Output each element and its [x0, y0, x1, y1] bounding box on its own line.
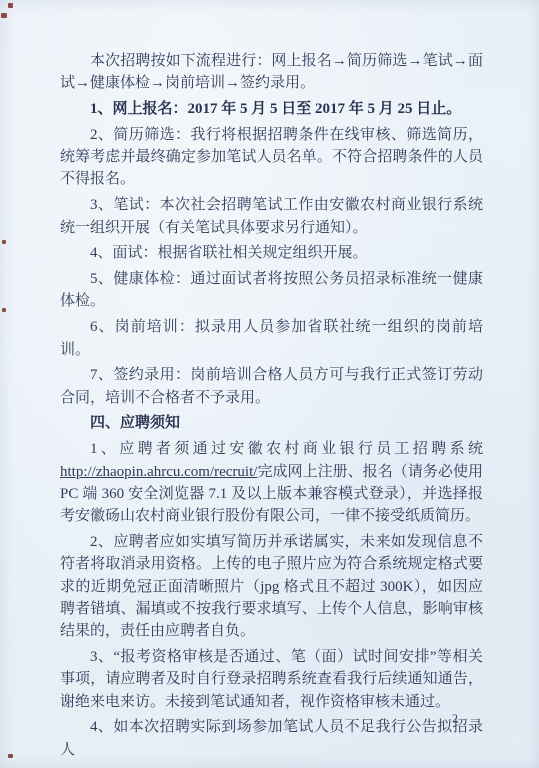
- para-pre-job-training: 6、岗前培训：拟录用人员参加省联社统一组织的岗前培训。: [60, 316, 483, 361]
- para-note-insufficient-candidates: 4、如本次招聘实际到场参加笔试人员不足我行公告拟招录人: [60, 716, 483, 761]
- para-health-check: 5、健康体检：通过面试者将按照公务员招录标准统一健康体检。: [60, 268, 483, 313]
- red-scan-mark-left-middle-1: [2, 240, 6, 244]
- para-online-registration-dates: 1、网上报名：2017 年 5 月 5 日至 2017 年 5 月 25 日止。: [60, 98, 483, 120]
- para-process-flow: 本次招聘按如下流程进行：网上报名→简历筛选→笔试→面试→健康体检→岗前培训→签约…: [60, 50, 483, 95]
- red-scan-mark-top-left-1: [8, 3, 13, 8]
- heading-application-notes: 四、应聘须知: [60, 412, 483, 434]
- page-number: 2: [452, 711, 458, 725]
- para-note-qualification-review: 3、“报考资格审核是否通过、笔（面）试时间安排”等相关事项，请应聘者及时自行登录…: [60, 646, 483, 713]
- document-page: 本次招聘按如下流程进行：网上报名→简历筛选→笔试→面试→健康体检→岗前培训→签约…: [0, 0, 539, 768]
- para-note-resume-truthfulness: 2、应聘者应如实填写简历并承诺属实，未来如发现信息不符者将取消录用资格。上传的电…: [60, 531, 483, 642]
- recruitment-system-url: http://zhaopin.ahrcu.com/recruit/: [60, 464, 257, 480]
- document-body: 本次招聘按如下流程进行：网上报名→简历筛选→笔试→面试→健康体检→岗前培训→签约…: [60, 50, 483, 764]
- para-interview: 4、面试：根据省联社相关规定组织开展。: [60, 242, 483, 264]
- para-resume-screening: 2、简历筛选：我行将根据招聘条件在线审核、筛选简历，统筹考虑并最终确定参加笔试人…: [60, 124, 483, 191]
- red-scan-mark-left-middle-2: [2, 308, 6, 312]
- para-written-test: 3、笔试：本次社会招聘笔试工作由安徽农村商业银行系统统一组织开展（有关笔试具体要…: [60, 194, 483, 239]
- note-1-prefix: 1、应聘者须通过安徽农村商业银行员工招聘系统: [90, 441, 483, 457]
- red-scan-mark-bottom-left: [8, 754, 13, 758]
- para-contract-signing: 7、签约录用：岗前培训合格人员方可与我行正式签订劳动合同，培训不合格者不予录用。: [60, 364, 483, 409]
- para-note-registration-system: 1、应聘者须通过安徽农村商业银行员工招聘系统http://zhaopin.ahr…: [60, 438, 483, 527]
- red-scan-mark-top-left-2: [1, 13, 7, 18]
